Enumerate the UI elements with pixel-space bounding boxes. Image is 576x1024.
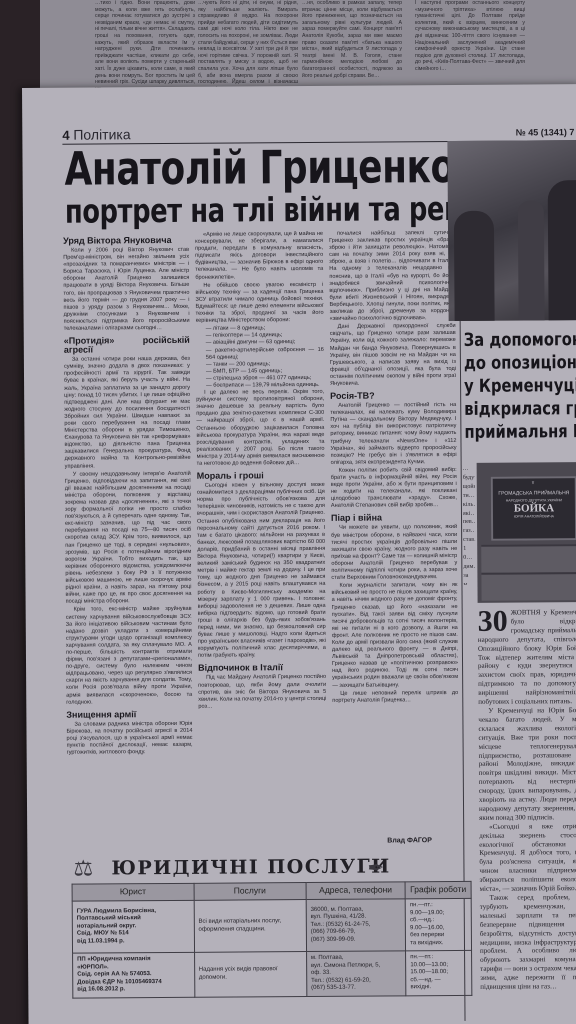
subheading-morals-money: Мораль і гроші (197, 471, 325, 481)
headline-line: приймальня Ю (464, 420, 576, 444)
paragraph: Коли журналісти запитали, чому він як ві… (331, 582, 458, 689)
paragraph: Чи можете ви уявити, що полковник, який … (331, 524, 457, 582)
lawyer-line: від 11.03.1994 р. (77, 938, 190, 946)
lawyer-cell: ГУРА Людмила Борисівна, Полтавський місь… (72, 900, 194, 953)
headline-line-1: Анатолій Гриценко: (64, 144, 361, 192)
politicians-photo (447, 140, 576, 321)
paragraph: За останні чотири роки наша держава, без… (64, 356, 191, 470)
side-article-headline: За допомогою та до опозиціонер у Кременч… (464, 328, 576, 444)
paragraph: Крім того, екс-міністр майже зруйнував с… (66, 606, 193, 706)
newspaper-page: 4 Політика № 45 (1341) 7 Анатолій Грицен… (22, 84, 576, 1024)
legal-services-title: ЮРИДИЧНІ ПОСЛУГИ (111, 855, 390, 879)
under-column-2: …чують його ні діти, ні онуки, ні рідня,… (198, 0, 298, 92)
paragraph: І це далеко не весь перелік. Окрім того,… (196, 389, 325, 468)
services-cell: Всі види нотаріальних послуг, оформлення… (194, 900, 307, 953)
office-sign: ♆ ГРОМАДСЬКА ПРИЙМАЛЬНЯ НАРОДНОГО ДЕПУТА… (491, 476, 576, 541)
hours-cell: пн.—пт.: 9.00—19.00; сб.—нд.: 9.00—16.00… (405, 898, 471, 950)
page-number: 4 (62, 128, 69, 143)
legal-services-table: Юрист Послуги Адреса, телефони Графік ро… (72, 881, 473, 998)
paragraph: «Сьогодні я вже отримав декілька звернен… (479, 822, 576, 894)
paragraph: Кожен політик робить свій свідомий вибір… (331, 467, 457, 510)
hours-line: вихідні. (410, 984, 467, 992)
subheading-russia-tv: Росія-ТВ? (330, 391, 456, 401)
headline-line: відкрилася гр (464, 397, 576, 421)
legal-services-ad: ⚖ ЮРИДИЧНІ ПОСЛУГИ ✒ Юрист Послуги Адрес… (67, 853, 468, 1024)
article-column-1: Уряд Віктора Януковича Коли у 2006 році … (63, 232, 193, 833)
headline-line: у Кременчуці (464, 374, 576, 398)
paragraph: Також серед проблем, які турбують кремен… (480, 893, 576, 992)
subheading-pr-and-war: Піар і війна (331, 513, 457, 523)
address-line: (067) 535-13-77. (311, 984, 401, 992)
sign-name: БОЙКА (493, 502, 575, 515)
column-header: Юрист (72, 883, 194, 901)
author-signature: Влад ФАГОР (387, 837, 432, 844)
table-row: ПП «Юридична компанія «ЮРПОЛ». Свід. сер… (73, 950, 472, 997)
side-left-sliver: …будуть: щойно: ти… кіль… які… пев… газ…… (463, 465, 476, 585)
address-cell: 36000, м. Полтава, вул. Пушкіна, 41/28. … (306, 899, 406, 952)
person-silhouette (454, 211, 495, 321)
headline-line: За допомогою та (464, 328, 576, 352)
lawyer-line: від 16.08.2012 р. (77, 986, 190, 994)
sign-line: ЮРІЯ АНАТОЛІЙОВИЧА (493, 514, 575, 519)
address-line: (067) 309-99-09. (311, 936, 401, 944)
column-header: Адреса, телефони (306, 882, 405, 900)
side-article-body: 30 ЖОВТНЯ у Кременчуці було відкрито гро… (478, 608, 576, 1024)
address-cell: м. Полтава, вул. Симона Петлюри, 5, оф. … (306, 951, 406, 996)
quill-scroll-icon: ✒ (367, 855, 384, 880)
services-cell: Надання усіх видів правової допомоги. (194, 952, 307, 997)
paragraph: Під час Майдану Анатолій Гриценко постій… (198, 674, 326, 710)
list-item: — ракетно-артилерійське озброєння — 16 5… (206, 346, 324, 361)
paragraph: У своєму нещодавньому інтерв'ю Анатолій … (65, 470, 192, 606)
dropcap-date: 30 (478, 609, 508, 635)
subheading-opposition-aggression: «Протидія» російській агресії (64, 336, 190, 355)
article-column-3: почалися найбільш запеклі сутички, Грице… (329, 230, 459, 831)
paragraph: «Армію не лише скорочували, ще й майна н… (195, 231, 323, 282)
trident-emblem-icon: ♆ (531, 480, 536, 486)
person-silhouette (548, 180, 576, 320)
subheading-italy-vacation: Відпочинок в Італії (198, 663, 326, 673)
headline-line-2: портрет на тлі війни та революції (65, 190, 362, 232)
paragraph: Дані Державної прикордонної служби свідч… (330, 323, 456, 388)
under-column-1: …тихо і гідно. Вони працюють, доки можут… (95, 0, 195, 92)
lawyer-cell: ПП «Юридична компанія «ЮРПОЛ». Свід. сер… (73, 952, 195, 997)
themis-scales-icon: ⚖ (73, 855, 103, 883)
subheading-army-destruction: Знищення армії (66, 710, 192, 720)
paragraph: почалися найбільш запеклі сутички, Грице… (329, 230, 456, 323)
wall-brick (481, 544, 576, 573)
reception-office-sign-photo: ♆ ГРОМАДСЬКА ПРИЙМАЛЬНЯ НАРОДНОГО ДЕПУТА… (477, 462, 576, 603)
paragraph: За словами радника міністра оборони Юрія… (66, 721, 192, 757)
article-headline: Анатолій Гриценко: портрет на тлі війни … (64, 144, 361, 232)
paragraph: Не обійшов своєю увагою ексміністр і вій… (195, 282, 323, 325)
wall-brick (481, 572, 576, 601)
paragraph: У Кременчуці на Юрія Бойка чекало багато… (478, 706, 576, 823)
paragraph: Сьогодні кожен у вільному доступі може о… (197, 482, 326, 660)
headline-line: до опозиціонер (464, 351, 576, 375)
column-header: Послуги (194, 883, 306, 901)
under-column-4: І наступні програми останнього концерту … (415, 0, 525, 92)
paragraph: Це лише неповний перелік штрихів до порт… (332, 690, 458, 705)
section-title: Політика (73, 126, 130, 142)
paragraph: Коли у 2006 році Віктор Янукович став Пр… (63, 247, 190, 333)
table-row: ГУРА Людмила Борисівна, Полтавський місь… (72, 898, 471, 953)
article-column-2: «Армію не лише скорочували, ще й майна н… (195, 231, 327, 832)
hours-cell: пн.—пт.: 10.00—13.00; 15.00—18.00; сб.—н… (406, 950, 472, 995)
issue-number: № 45 (1341) 7 (516, 127, 575, 137)
hours-line: та вихідних. (410, 939, 467, 947)
sign-line: ГРОМАДСЬКА ПРИЙМАЛЬНЯ (493, 490, 575, 497)
paragraph: Анатолій Гриценко — постійний гість на т… (330, 402, 456, 467)
column-header: Графік роботи (405, 881, 471, 898)
equipment-list: — літаки — 8 одиниць; — гелікоптери — 14… (196, 325, 324, 390)
person-silhouette (518, 200, 545, 320)
under-column-3: …ня, особливо в рамках запалу, тепер втр… (302, 0, 402, 92)
subheading-yanukovych-government: Уряд Віктора Януковича (63, 236, 189, 246)
